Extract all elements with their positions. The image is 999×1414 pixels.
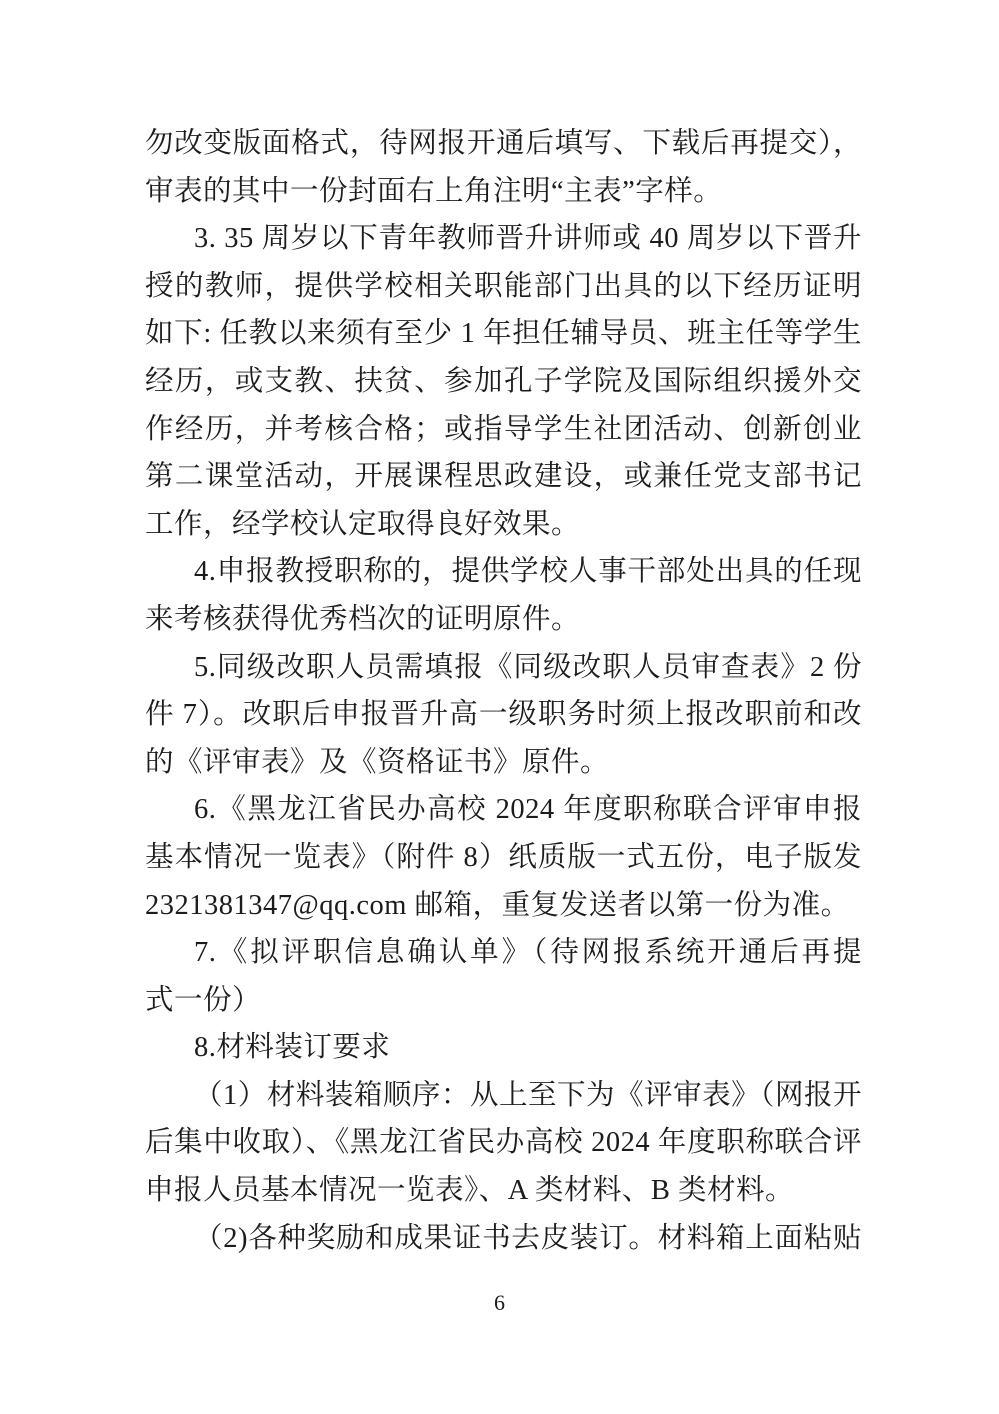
text-line: 8.材料装订要求 [145,1024,862,1072]
text-line: 的《评审表》及《资格证书》原件。 [145,739,862,787]
text-line: 审表的其中一份封面右上角注明“主表”字样。 [145,168,862,216]
text-line: （2)各种奖励和成果证书去皮装订。材料箱上面粘贴《申 [145,1215,862,1263]
text-line: 基本情况一览表》（附件 8）纸质版一式五份，电子版发送至 [145,834,862,882]
text-line: 来考核获得优秀档次的证明原件。 [145,596,862,644]
text-line: 5.同级改职人员需填报《同级改职人员审查表》2 份（附 [145,644,862,692]
text-line: 申报人员基本情况一览表》、A 类材料、B 类材料。 [145,1167,862,1215]
text-line: 件 7）。改职后申报晋升高一级职务时须上报改职前和改职后 [145,691,862,739]
document-page: 勿改变版面格式，待网报开通后填写、下载后再提交），在评审表的其中一份封面右上角注… [0,0,999,1414]
page-number: 6 [0,1288,999,1318]
text-line: （1）材料装箱顺序：从上至下为《评审表》（网报开通 [145,1072,862,1120]
text-line: 如下: 任教以来须有至少 1 年担任辅导员、班主任等学生工作 [145,310,862,358]
text-line: 4.申报教授职称的，提供学校人事干部处出具的任现职以 [145,548,862,596]
text-line: 后集中收取）、《黑龙江省民办高校 2024 年度职称联合评审 [145,1119,862,1167]
text-line: 工作，经学校认定取得良好效果。 [145,501,862,549]
text-lines: 勿改变版面格式，待网报开通后填写、下载后再提交），在评审表的其中一份封面右上角注… [145,120,862,1262]
text-line: 3. 35 周岁以下青年教师晋升讲师或 40 周岁以下晋升副教 [145,215,862,263]
text-line: 式一份） [145,977,862,1025]
text-line: 经历，或支教、扶贫、参加孔子学院及国际组织援外交流等工 [145,358,862,406]
text-line: 第二课堂活动，开展课程思政建设，或兼任党支部书记等党务 [145,453,862,501]
text-line: 2321381347@qq.com 邮箱，重复发送者以第一份为准。 [145,882,862,930]
text-line: 作经历，并考核合格；或指导学生社团活动、创新创业实践、 [145,406,862,454]
text-line: 勿改变版面格式，待网报开通后填写、下载后再提交），在评 [145,120,862,168]
text-line: 6.《黑龙江省民办高校 2024 年度职称联合评审申报人员 [145,786,862,834]
text-line: 7.《拟评职信息确认单》（待网报系统开通后再提交，一 [145,929,862,977]
text-line: 授的教师，提供学校相关职能部门出具的以下经历证明原件。 [145,263,862,311]
